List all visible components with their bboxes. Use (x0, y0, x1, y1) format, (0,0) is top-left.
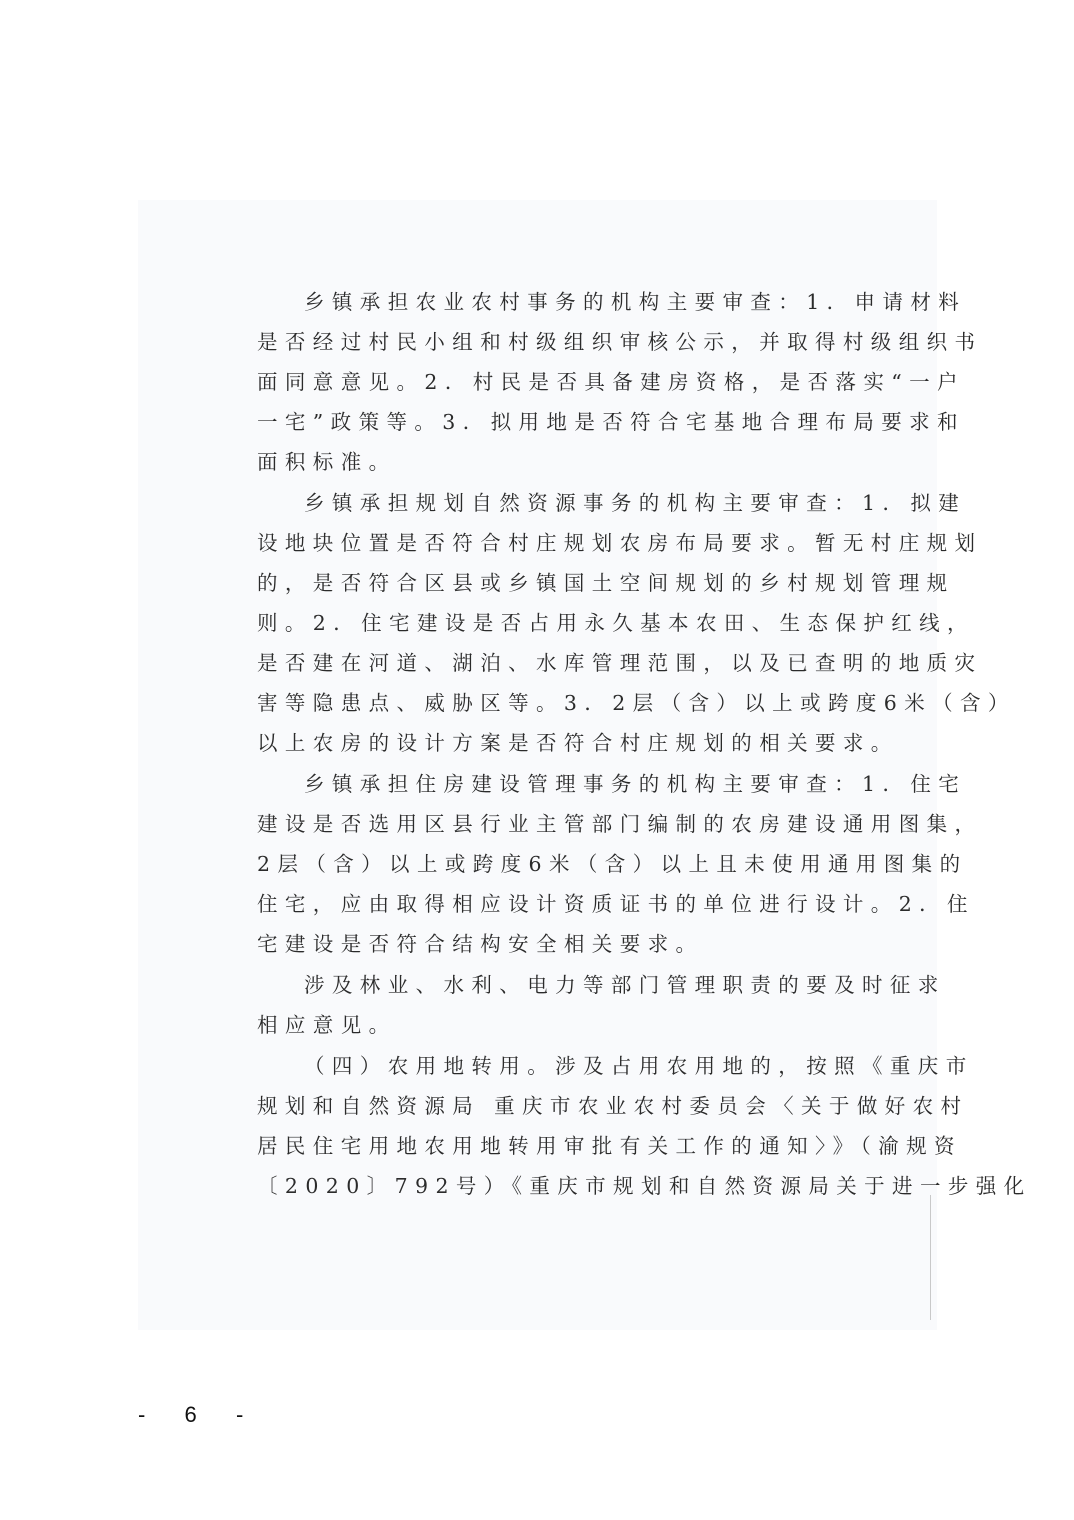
text-line: 宅建设是否符合结构安全相关要求。 (257, 924, 817, 964)
paragraph-other-departments: 涉及林业、水利、电力等部门管理职责的要及时征求 相应意见。 (257, 965, 817, 1045)
text-line: 以上农房的设计方案是否符合村庄规划的相关要求。 (257, 723, 817, 763)
text-line: 的，是否符合区县或乡镇国土空间规划的乡村规划管理规 (257, 563, 817, 603)
text-line: 涉及林业、水利、电力等部门管理职责的要及时征求 (257, 965, 817, 1005)
text-line: 设地块位置是否符合村庄规划农房布局要求。暂无村庄规划 (257, 523, 817, 563)
scan-edge-line (930, 1195, 931, 1320)
text-line: 规划和自然资源局 重庆市农业农村委员会〈关于做好农村 (257, 1086, 817, 1126)
text-line: 建设是否选用区县行业主管部门编制的农房建设通用图集， (257, 804, 817, 844)
text-line: 是否经过村民小组和村级组织审核公示，并取得村级组织书 (257, 322, 817, 362)
text-line: 2层（含）以上或跨度6米（含）以上且未使用通用图集的 (257, 844, 817, 884)
text-line: （四）农用地转用。涉及占用农用地的，按照《重庆市 (257, 1046, 817, 1086)
text-line: 害等隐患点、威胁区等。3．2层（含）以上或跨度6米（含） (257, 683, 817, 723)
text-line: 乡镇承担住房建设管理事务的机构主要审查：1．住宅 (257, 764, 817, 804)
paragraph-planning-review: 乡镇承担规划自然资源事务的机构主要审查：1．拟建 设地块位置是否符合村庄规划农房… (257, 483, 817, 763)
text-line: 乡镇承担规划自然资源事务的机构主要审查：1．拟建 (257, 483, 817, 523)
text-line: 住宅，应由取得相应设计资质证书的单位进行设计。2．住 (257, 884, 817, 924)
text-line: 一宅”政策等。3．拟用地是否符合宅基地合理布局要求和 (257, 402, 817, 442)
text-line: 居民住宅用地农用地转用审批有关工作的通知〉》（渝规资 (257, 1126, 817, 1166)
text-line: 〔2020〕792号）《重庆市规划和自然资源局关于进一步强化 (257, 1166, 817, 1206)
text-line: 面同意意见。2．村民是否具备建房资格，是否落实“一户 (257, 362, 817, 402)
paragraph-agriculture-review: 乡镇承担农业农村事务的机构主要审查：1．申请材料 是否经过村民小组和村级组织审核… (257, 282, 817, 482)
text-line: 乡镇承担农业农村事务的机构主要审查：1．申请材料 (257, 282, 817, 322)
page-number: - 6 - (138, 1402, 252, 1428)
paragraph-land-conversion: （四）农用地转用。涉及占用农用地的，按照《重庆市 规划和自然资源局 重庆市农业农… (257, 1046, 817, 1206)
paragraph-housing-review: 乡镇承担住房建设管理事务的机构主要审查：1．住宅 建设是否选用区县行业主管部门编… (257, 764, 817, 964)
text-line: 则。2．住宅建设是否占用永久基本农田、生态保护红线， (257, 603, 817, 643)
text-line: 相应意见。 (257, 1005, 817, 1045)
text-line: 面积标准。 (257, 442, 817, 482)
text-line: 是否建在河道、湖泊、水库管理范围，以及已查明的地质灾 (257, 643, 817, 683)
document-body: 乡镇承担农业农村事务的机构主要审查：1．申请材料 是否经过村民小组和村级组织审核… (257, 282, 817, 1207)
